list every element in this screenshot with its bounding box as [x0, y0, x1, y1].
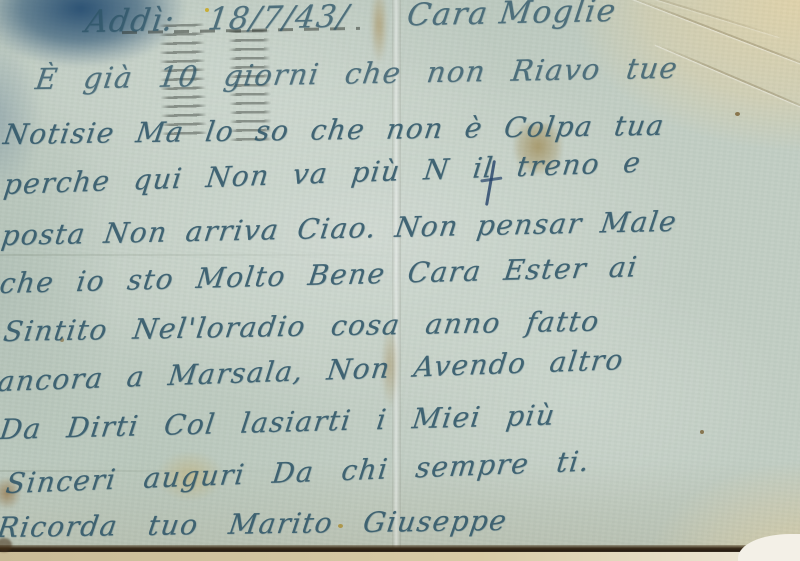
date-line: Addì: 18/7/43/: [83, 0, 352, 40]
horizontal-crease: [0, 254, 420, 256]
speck: [735, 112, 740, 116]
salutation: Cara Moglie: [405, 0, 619, 33]
scan-surface-strip: [0, 552, 800, 561]
speck: [700, 430, 704, 434]
scanned-letter: Addì: 18/7/43/Cara Moglie È già 10 giorn…: [0, 0, 800, 561]
